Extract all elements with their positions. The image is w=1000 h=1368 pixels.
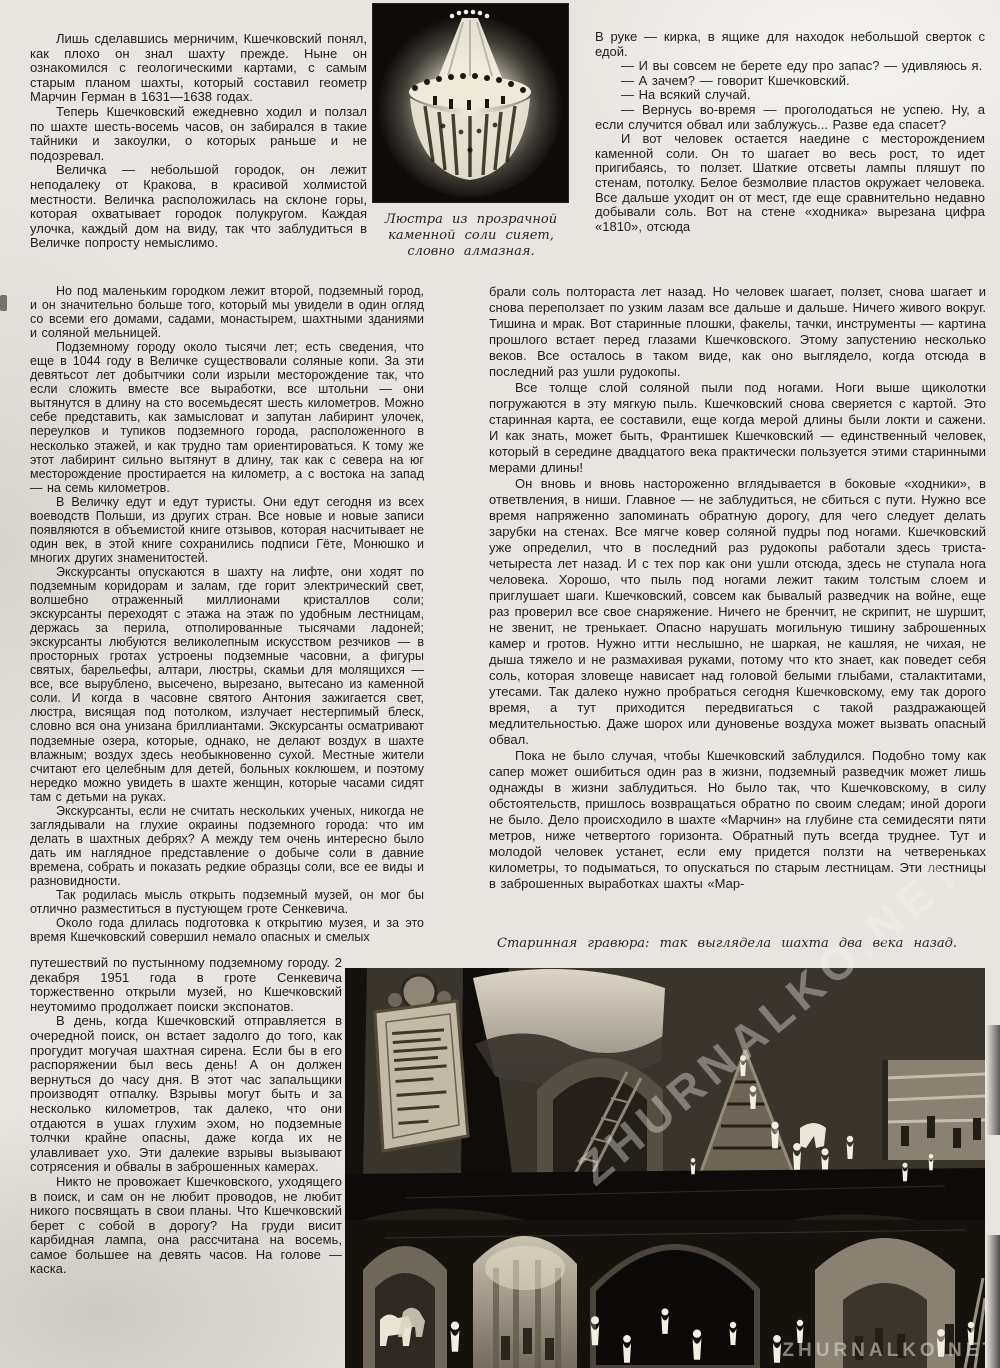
paragraph: И вот человек остается наедине с месторо… [595, 132, 985, 234]
mine-engraving-image [345, 968, 985, 1368]
paragraph: В Величку едут и едут туристы. Они едут … [30, 495, 424, 565]
paragraph: Экскурсанты опускаются в шахту на лифте,… [30, 565, 424, 804]
paragraph: Пока не было случая, чтобы Кшечковский з… [489, 748, 986, 892]
mine-engraving-illustration [345, 968, 985, 1368]
magazine-page: Люстра из прозрачной каменной соли сияет… [0, 0, 1000, 1368]
paragraph: Никто не провожает Кшечковского, уходяще… [30, 1175, 342, 1277]
paragraph: — Вернусь во-время — проголодаться не ус… [595, 103, 985, 132]
chandelier-caption: Люстра из прозрачной каменной соли сияет… [375, 212, 567, 260]
paragraph: В день, когда Кшечковский отправляется в… [30, 1014, 342, 1175]
scan-edge-smudge [986, 1235, 1000, 1368]
chandelier-illustration [373, 4, 568, 202]
paragraph: — А зачем? — говорит Кшечковский. [595, 74, 985, 89]
left-column-bottom: путешествий по пустынному подземному гор… [30, 956, 342, 1286]
engraving-caption: Старинная гравюра: так выглядела шахта д… [497, 936, 985, 952]
paragraph: Подземному городу около тысячи лет; есть… [30, 340, 424, 495]
paragraph: Экскурсанты, если не считать нескольких … [30, 804, 424, 888]
paragraph: Он вновь и вновь настороженно вглядывает… [489, 476, 986, 748]
paragraph: Но под маленьким городком лежит второй, … [30, 284, 424, 340]
paragraph: Около года длилась подготовка к открытию… [30, 916, 424, 944]
paragraph: — И вы совсем не берете еду про запас? —… [595, 59, 985, 74]
paragraph: Лишь сделавшись мерничим, Кшечковский по… [30, 32, 367, 105]
paragraph: Теперь Кшечковский ежедневно ходил и пол… [30, 105, 367, 163]
paragraph: В руке — кирка, в ящике для находок небо… [595, 30, 985, 59]
left-column-top: Лишь сделавшись мерничим, Кшечковский по… [30, 32, 367, 284]
right-column-top: В руке — кирка, в ящике для находок небо… [595, 30, 985, 284]
right-column-wide: брали соль полтораста лет назад. Но чело… [489, 284, 986, 934]
chandelier-image [373, 4, 568, 202]
scan-edge-smudge [986, 1025, 1000, 1135]
left-column-middle: Но под маленьким городком лежит второй, … [30, 284, 424, 956]
paragraph: путешествий по пустынному подземному гор… [30, 956, 342, 1014]
paragraph: Величка — небольшой городок, он лежит не… [30, 163, 367, 251]
paragraph: — На всякий случай. [595, 88, 985, 103]
paragraph: Все толще слой соляной пыли под ногами. … [489, 380, 986, 476]
paragraph: Так родилась мысль открыть подземный муз… [30, 888, 424, 916]
scan-edge-mark [0, 295, 7, 311]
paragraph: брали соль полтораста лет назад. Но чело… [489, 284, 986, 380]
